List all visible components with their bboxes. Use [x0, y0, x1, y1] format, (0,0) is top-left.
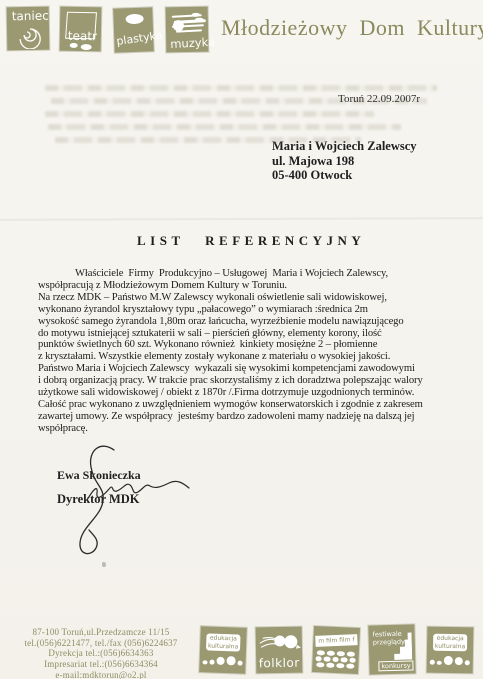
handwritten-signature — [52, 438, 202, 568]
letter-body-line: z kryształami. Wszystkie elementy został… — [38, 351, 462, 363]
dot-icon — [81, 44, 92, 50]
letter-body-line: Na rzecz MDK – Państwo M.W Zalewscy wyko… — [38, 292, 462, 304]
footer-address: 87-100 Toruń,ul.Przedzamcze 11/15 — [2, 627, 200, 638]
badge-taniec-label: taniec — [12, 9, 49, 24]
letter-body-line: do motywu istniejącej sztukaterii w sali… — [38, 328, 462, 340]
letter-body: Właściciele Firmy Produkcyjno – Usługowe… — [38, 268, 462, 435]
badge-plastyka-label: plastyka — [116, 29, 164, 48]
badge-folklor: folklor — [256, 627, 303, 674]
dot-icon — [70, 43, 78, 48]
footer-phone: tel.(056)6221477, tel./fax (056)6224637 — [2, 638, 200, 649]
spiral-icon — [13, 23, 41, 49]
badge-teatr-label: teatr — [68, 29, 97, 44]
footer-management-phone: Dyrekcja tel.:(056)6634363 — [2, 648, 200, 659]
organization-title: Młodzieżowy Dom Kultury — [221, 15, 483, 41]
folklor-label: folklor — [256, 656, 302, 671]
recipient-street: ul. Majowa 198 — [272, 154, 417, 169]
edukacja-kulturalna-label: edukacja kulturalna — [206, 633, 241, 651]
note-icon — [192, 13, 200, 17]
kulturalna-line: kulturalna — [206, 642, 240, 651]
date-line: Toruń 22.09.2007r — [338, 93, 420, 105]
edukacja-line: edukacja — [433, 635, 467, 643]
badge-plastyka: plastyka — [113, 7, 154, 52]
letter-body-line: Całość prac wykonano z uwzględnieniem wy… — [38, 399, 462, 411]
footer-contact-block: 87-100 Toruń,ul.Przedzamcze 11/15 tel.(0… — [2, 627, 200, 679]
edukacja-kulturalna-label: edukacja kulturalna — [433, 634, 467, 652]
badge-film: m film film f — [312, 626, 360, 674]
badge-festiwale: festiwale przeglądy konkursy — [368, 624, 415, 674]
letter-body-line: zawartej umowy. Ze współpracy jesteśmy b… — [38, 411, 462, 423]
letter-body-line: wysokość samego żyrandola 1,80m oraz łań… — [38, 316, 462, 328]
letter-body-line: punktów świetlnych 60 szt. Wykonano równ… — [38, 339, 462, 351]
letter-title: LIST REFERENCYJNY — [137, 233, 365, 249]
recipient-city: 05-400 Otwock — [272, 168, 417, 183]
cherries-icon — [256, 629, 302, 656]
letter-body-line: użytkowe sali widowiskowej / obiekt z 18… — [38, 387, 462, 399]
letter-body-line: wykonano żyrandol kryształowy typu „pała… — [38, 304, 462, 316]
letter-body-line: Właściciele Firmy Produkcyjno – Usługowe… — [38, 268, 462, 280]
badge-taniec: taniec — [7, 7, 50, 51]
stairs-icon — [394, 632, 413, 659]
badge-teatr: teatr — [60, 7, 102, 52]
pebbles-icon — [202, 655, 242, 665]
footer-email: e-mail:mdktorun@o2.pl — [2, 670, 200, 679]
letter-body-line: współpracują z Młodzieżowym Domem Kultur… — [38, 280, 462, 292]
badge-muzyka: muzyka — [166, 7, 209, 53]
badge-muzyka-label: muzyka — [170, 35, 216, 51]
film-banner-label: m film film f — [315, 634, 357, 647]
scanned-letter-page: taniec teatr plastyka muzyka Młodzieżowy… — [0, 0, 483, 679]
pebbles-icon — [430, 656, 470, 666]
letter-body-line: Państwo Maria i Wojciech Zalewscy wykaza… — [38, 363, 462, 375]
letter-body-line: współpracę. — [38, 423, 462, 435]
konkursy-label: konkursy — [378, 660, 413, 671]
palette-oval-icon — [125, 14, 143, 25]
stones-icon — [315, 650, 356, 670]
paper-crease — [0, 217, 483, 220]
badge-edukacja-kulturalna: edukacja kulturalna — [199, 626, 247, 674]
kulturalna-line: kulturalna — [433, 642, 467, 650]
footer-impresariat-phone: Impresariat tel.:(056)6634364 — [2, 659, 200, 670]
letter-body-line: i dobrą organizacją pracy. W trakcie pra… — [38, 375, 462, 387]
badge-edukacja-kulturalna: edukacja kulturalna — [427, 627, 474, 674]
